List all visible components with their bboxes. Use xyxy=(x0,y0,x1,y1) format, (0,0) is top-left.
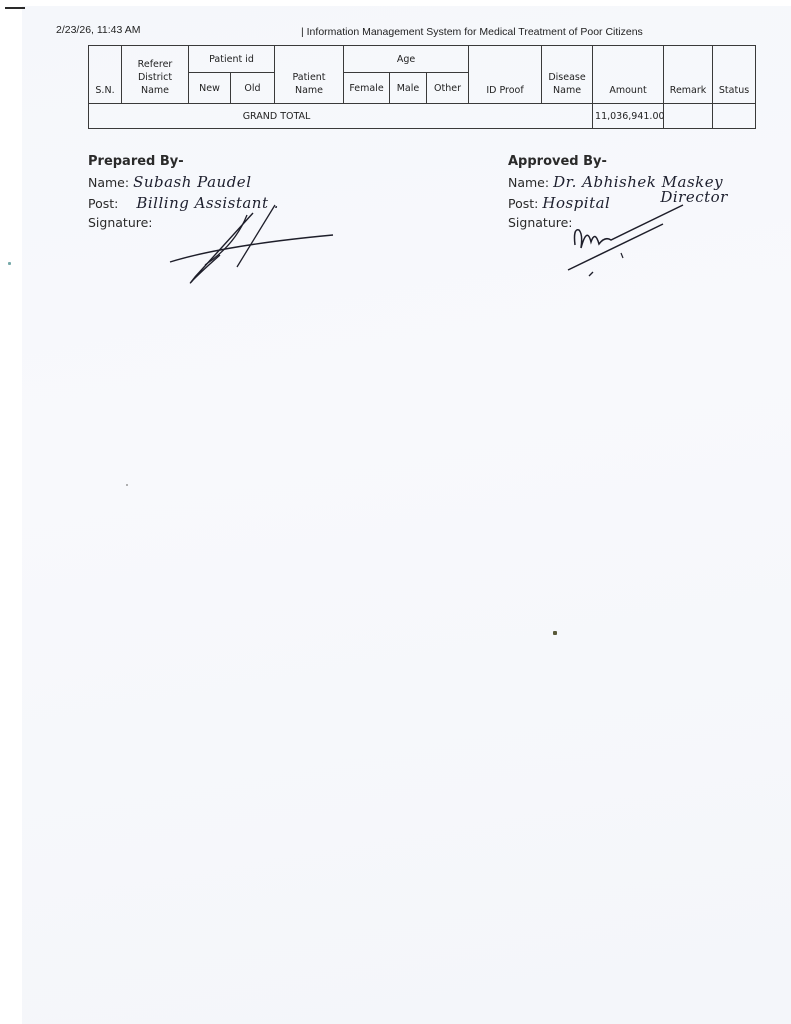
prepared-by-name-label: Name: xyxy=(88,175,129,190)
col-sn: S.N. xyxy=(89,46,122,104)
scan-speck xyxy=(553,631,557,635)
col-patient-id-old: Old xyxy=(231,73,275,104)
col-disease-name: Disease Name xyxy=(542,46,593,104)
prepared-by-signature-icon xyxy=(165,195,345,290)
col-patient-id: Patient id xyxy=(189,46,275,73)
grand-total-status xyxy=(713,104,756,129)
approved-by-post-label: Post: xyxy=(508,196,538,211)
scan-edge-mark xyxy=(5,7,25,9)
grand-total-amount: 11,036,941.00 xyxy=(593,104,664,129)
prepared-by-name-line: Name: Subash Paudel xyxy=(88,173,279,194)
prepared-by-post-label: Post: xyxy=(88,196,118,211)
grand-total-label: GRAND TOTAL xyxy=(89,104,593,129)
col-patient-name: Patient Name xyxy=(275,46,344,104)
col-remark: Remark xyxy=(664,46,713,104)
col-age-male: Male xyxy=(390,73,427,104)
col-amount: Amount xyxy=(593,46,664,104)
scan-speck xyxy=(8,262,11,265)
grand-total-row: GRAND TOTAL 11,036,941.00 xyxy=(89,104,756,129)
col-age-other: Other xyxy=(427,73,469,104)
approved-by-name-label: Name: xyxy=(508,175,549,190)
col-id-proof: ID Proof xyxy=(469,46,542,104)
print-timestamp: 2/23/26, 11:43 AM xyxy=(56,24,140,36)
approved-by-signature-icon xyxy=(565,200,695,285)
col-referer-district-name: Referer District Name xyxy=(122,46,189,104)
grand-total-remark xyxy=(664,104,713,129)
report-title: | Information Management System for Medi… xyxy=(301,26,643,38)
scan-speck xyxy=(126,484,128,486)
col-age-female: Female xyxy=(344,73,390,104)
approved-by-title: Approved By- xyxy=(508,154,728,169)
prepared-by-signature-label: Signature: xyxy=(88,215,153,230)
col-age: Age xyxy=(344,46,469,73)
report-table: S.N. Referer District Name Patient id Pa… xyxy=(88,45,756,129)
approved-by-signature-label: Signature: xyxy=(508,215,573,230)
col-patient-id-new: New xyxy=(189,73,231,104)
col-status: Status xyxy=(713,46,756,104)
prepared-by-name-value: Subash Paudel xyxy=(133,173,251,191)
prepared-by-title: Prepared By- xyxy=(88,154,279,169)
